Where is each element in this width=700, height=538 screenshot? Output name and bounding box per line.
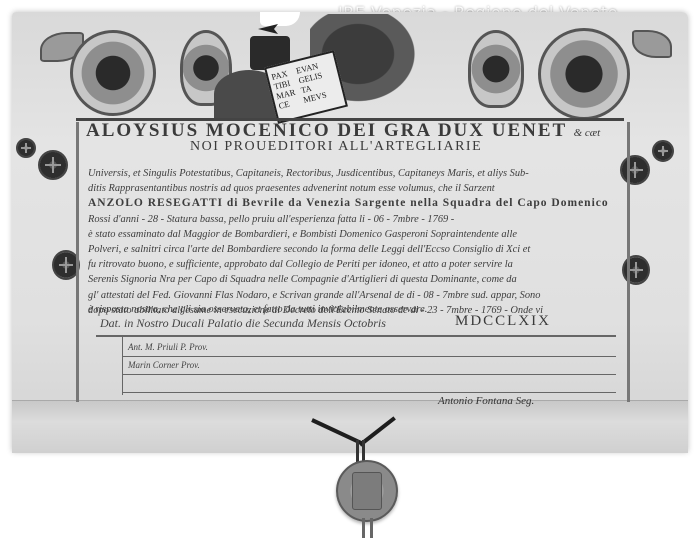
seal-cord: [362, 440, 365, 462]
body-line: fu ritrovato buono, e sufficiente, appro…: [88, 257, 613, 272]
body-line: ditis Rapprasentantibus nostris ad quos …: [88, 181, 613, 196]
seal-cord-tail: [362, 518, 365, 538]
year-roman-numeral: MDCCLXIX: [455, 313, 551, 330]
book-right-page: EVAN GELIS TA MEVS: [295, 60, 330, 110]
body-line: ANZOLO RESEGATTI di Bevrile da Venezia S…: [88, 196, 613, 211]
signature-fontana: Antonio Fontana Seg.: [438, 395, 534, 407]
dated-line: Dat. in Nostro Ducali Palatio die Secund…: [100, 316, 386, 331]
body-line: Universis, et Singulis Potestatibus, Cap…: [88, 166, 613, 181]
right-rosette-icon: [652, 140, 674, 162]
seal-cord-tail: [370, 518, 373, 538]
body-line: Serenis Signoria Nra per Capo di Squadra…: [88, 272, 613, 287]
book-left-page: PAX TIBI MAR CE: [270, 67, 300, 116]
signature-rule: [122, 374, 616, 375]
body-line: Polveri, e salnitri circa l'arte del Bom…: [88, 242, 613, 257]
signature-rule-vertical: [122, 335, 123, 395]
body-line: Rossi d'anni - 28 - Statura bassa, pello…: [88, 212, 613, 227]
document-body: Universis, et Singulis Potestatibus, Cap…: [88, 166, 613, 318]
seal-figure: [352, 472, 382, 510]
left-rosette-icon: [38, 150, 68, 180]
signature-rule: [122, 392, 616, 393]
top-right-bud-icon: [468, 30, 524, 108]
body-line: è stato essaminato dal Maggior de Bombar…: [88, 227, 613, 242]
wax-seal-icon: [336, 460, 398, 522]
body-line: gl' attestati del Fed. Giovanni Flas Nod…: [88, 288, 613, 303]
top-right-flower-icon: [538, 28, 630, 120]
signature-rule: [122, 356, 616, 357]
signature-priuli: Ant. M. Priuli P. Prov.: [128, 342, 208, 352]
folded-bottom-flap: [12, 400, 688, 453]
top-left-flower-icon: [70, 30, 156, 116]
seal-cord: [356, 440, 359, 462]
signature-corner: Marin Corner Prov.: [128, 360, 200, 370]
torn-edge: [260, 12, 300, 26]
signature-rule: [96, 335, 616, 337]
issuer-title: NOI PROUEDITORI ALL'ARTEGLIARIE: [190, 139, 482, 155]
left-rosette-icon: [16, 138, 36, 158]
